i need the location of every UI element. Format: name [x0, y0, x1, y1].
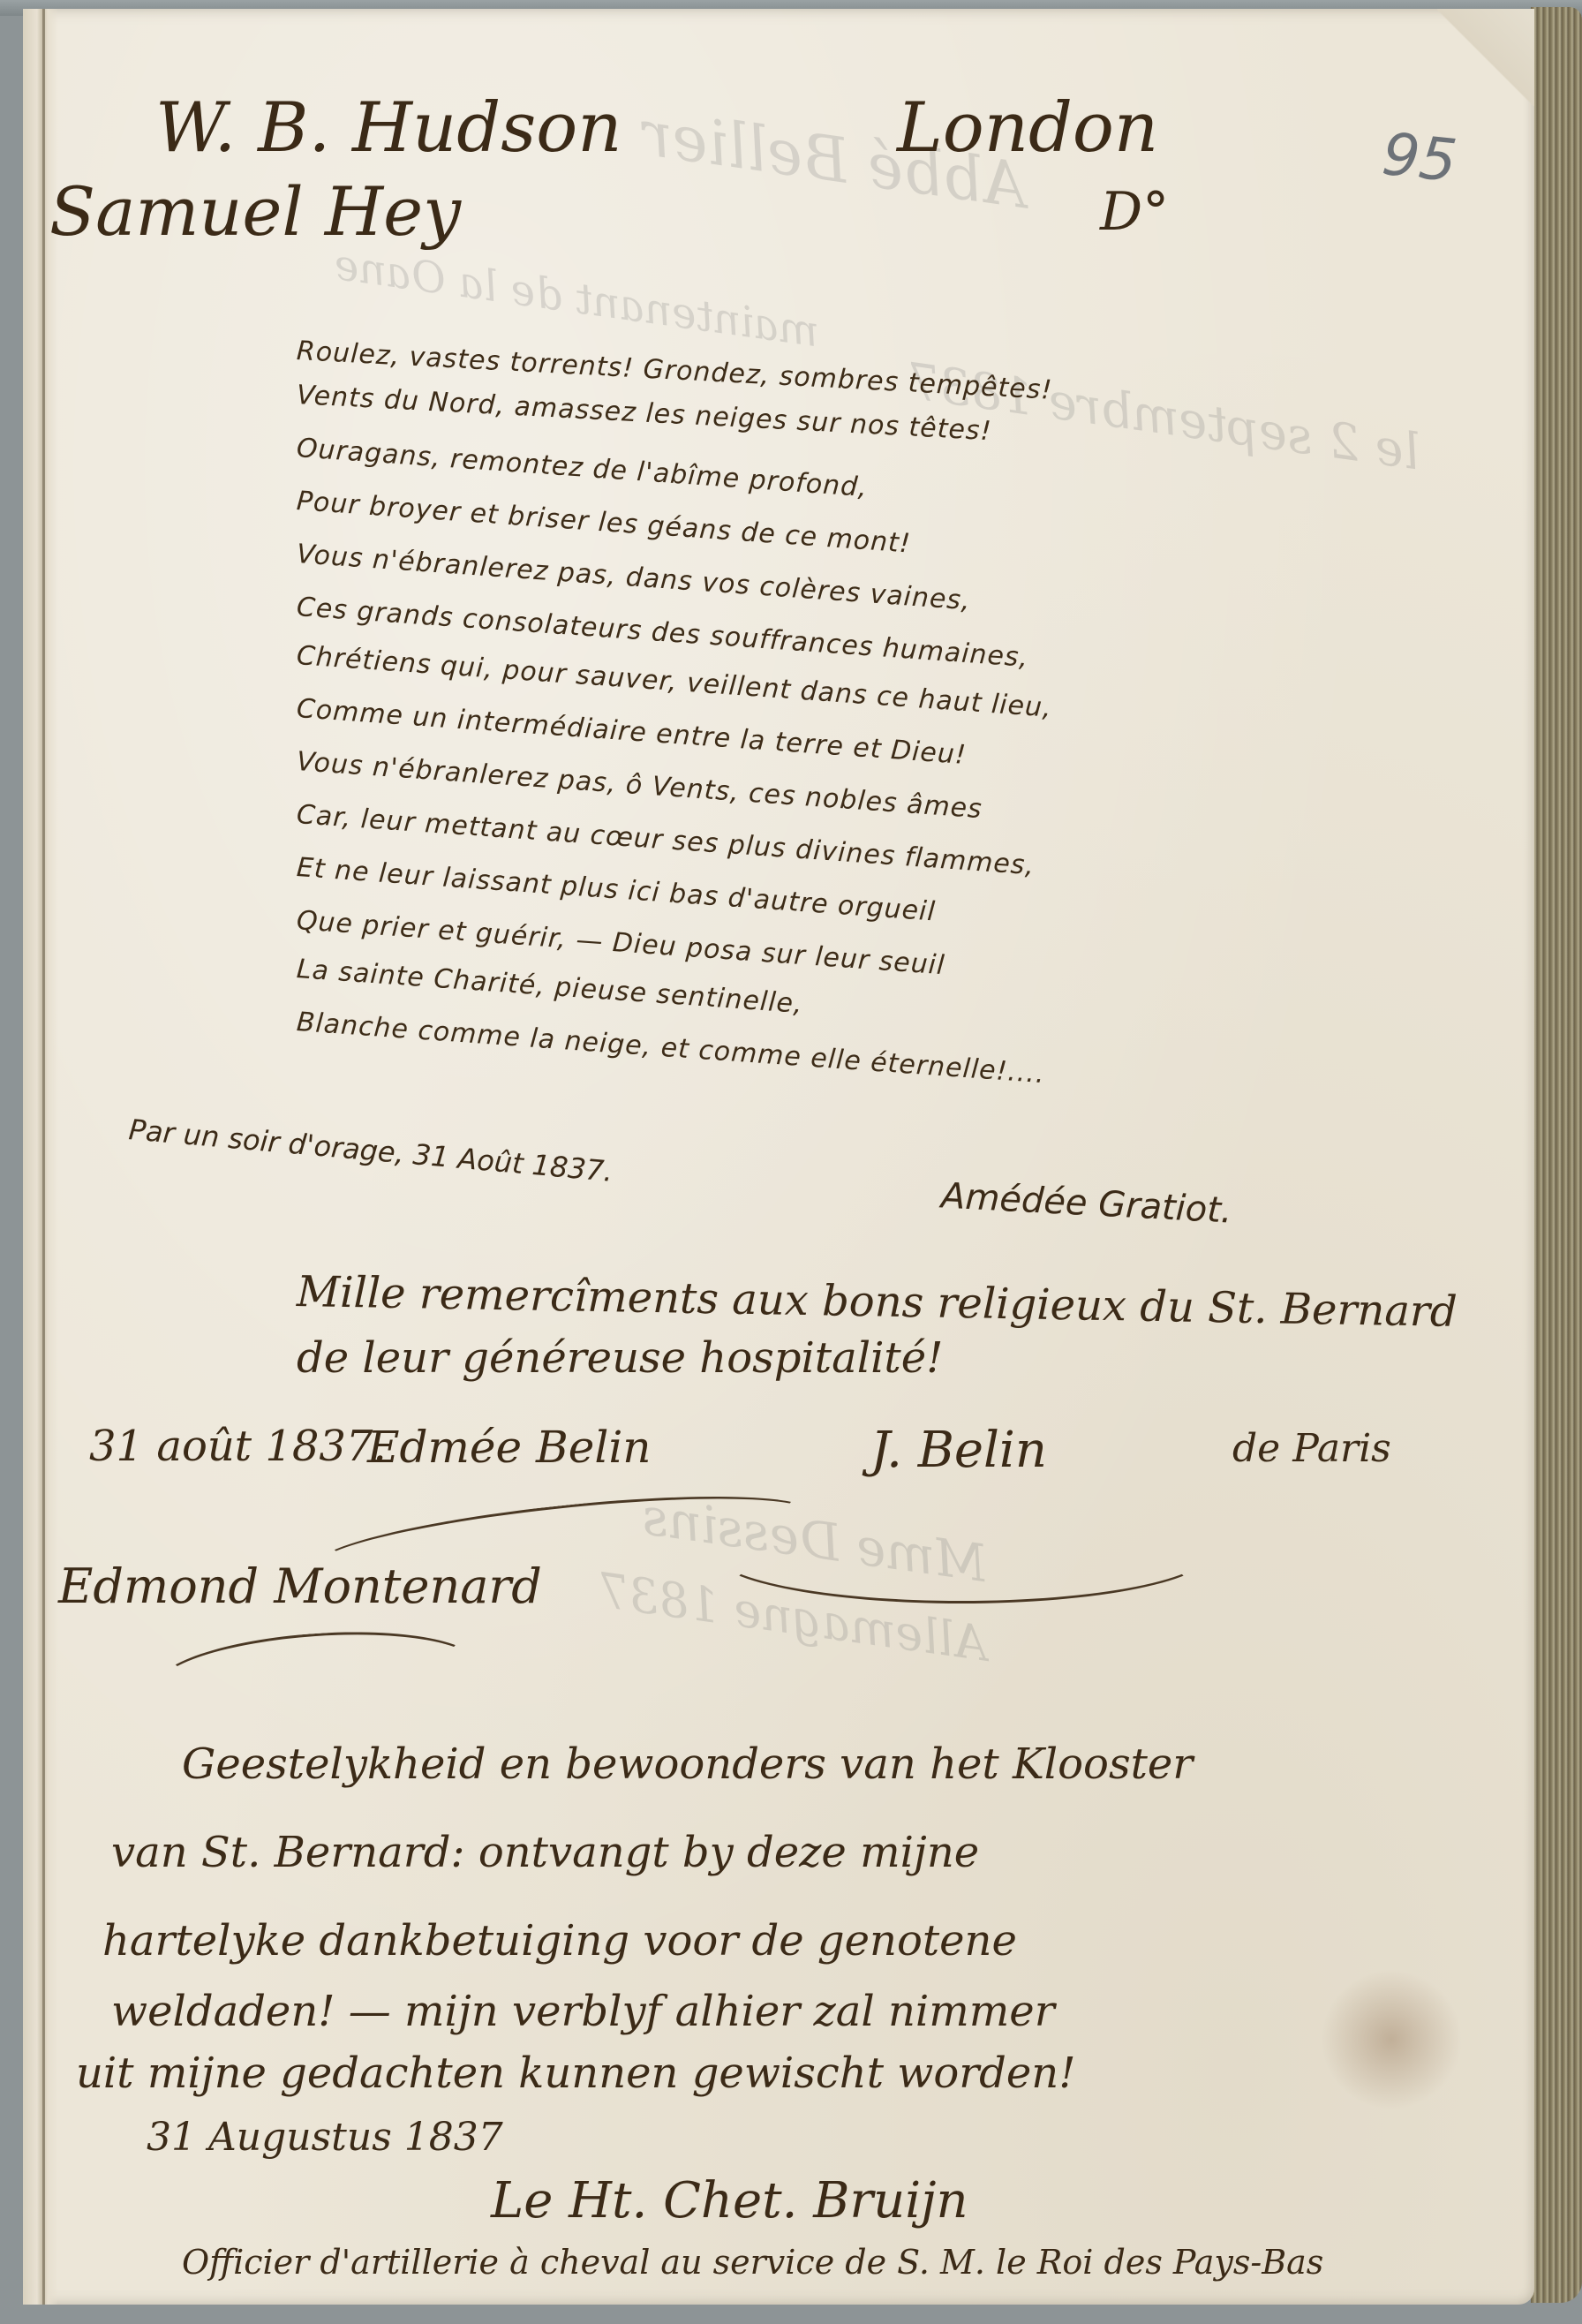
page-number: 95 [1379, 120, 1460, 195]
entry-name: W. B. Hudson [155, 88, 621, 168]
entry-place: London [897, 88, 1158, 168]
bleed-through-text: maintenant de la Oane [331, 240, 822, 358]
entry-place: D° [1100, 181, 1169, 243]
entry-name: Samuel Hey [49, 172, 461, 251]
dutch-title: Officier d'artillerie à cheval au servic… [182, 2243, 1323, 2282]
binding-gutter [23, 9, 58, 2305]
dutch-line: weldaden! — mijn verblyf alhier zal nimm… [111, 1987, 1055, 2036]
thanks-signer: J. Belin [870, 1422, 1047, 1479]
dutch-date: 31 Augustus 1837 [147, 2115, 503, 2160]
dutch-signature: Le Ht. Chet. Bruijn [491, 2172, 968, 2230]
folded-corner [1437, 9, 1534, 106]
dutch-line: uit mijne gedachten kunnen gewischt word… [76, 2049, 1076, 2098]
thanks-signer: Edmée Belin [367, 1422, 652, 1473]
dutch-line: van St. Bernard: ontvangt by deze mijne [111, 1828, 979, 1877]
poem-line: Blanche comme la neige, et comme elle ét… [296, 1007, 1046, 1090]
signature-flourish [712, 1501, 1211, 1603]
ink-stain [1321, 1969, 1462, 2110]
thanks-origin: de Paris [1232, 1426, 1391, 1471]
dutch-line: hartelyke dankbetuiging voor de genotene [102, 1916, 1017, 1966]
poem-dateline: Par un soir d'orage, 31 Août 1837. [127, 1113, 614, 1188]
thanks-line: de leur généreuse hospitalité! [297, 1333, 943, 1383]
dutch-line: Geestelykheid en bewoonders van het Kloo… [182, 1739, 1193, 1789]
book-page-edges [1531, 7, 1582, 2303]
thanks-date: 31 août 1837. [89, 1422, 387, 1471]
thanks-line: Mille remercîments aux bons religieux du… [297, 1267, 1458, 1337]
poem-signature: Amédée Gratiot. [940, 1175, 1233, 1231]
binding-crease [42, 9, 45, 2305]
visitor-signature: Edmond Montenard [58, 1558, 542, 1614]
manuscript-page: Abbé Bellier maintenant de la Oane le 2 … [23, 9, 1534, 2305]
signature-flourish [153, 1622, 481, 1729]
